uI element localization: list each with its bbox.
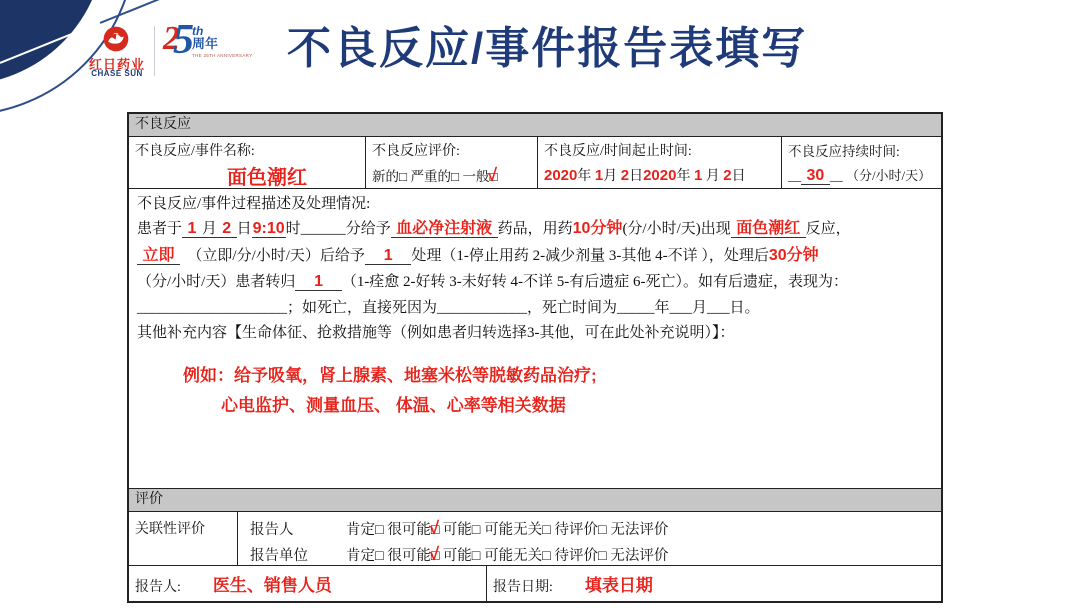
supplementary-info-label: 其他补充内容【生命体征、抢救措施等（例如患者归转选择3-其他，可在此处补充说明）… [137, 321, 933, 347]
process-description-label: 不良反应/事件过程描述及处理情况: [137, 192, 933, 216]
chase-sun-logo-icon [103, 26, 129, 52]
report-date-label: 报告日期: [493, 580, 553, 595]
form-bottom-row: 报告人: 医生、销售人员 报告日期: 填表日期 [129, 566, 941, 601]
page-title: 不良反应/事件报告表填写 [287, 12, 807, 76]
relevance-evaluation-label: 关联性评价 [129, 512, 238, 565]
section-header-adverse-reaction: 不良反应 [129, 114, 941, 137]
reporter-field: 报告人: 医生、销售人员 [129, 566, 487, 601]
example-note-line1: 例如：给予吸氧，肾上腺素、地塞米松等脱敏药品治疗; [137, 361, 933, 391]
logo-divider [154, 26, 155, 76]
field-duration: 不良反应持续时间: __ 30 __ （分/小时/天） [782, 137, 941, 188]
description-line-2: 立即 （立即/分/小时/天）后给予 1 处理（1-停止用药 2-减少剂量 3-其… [137, 243, 933, 270]
reporter-assessment-row: 报告人肯定□ 很可能□√ 可能□ 可能无关□ 待评价□ 无法评价 [250, 516, 941, 542]
description-line-3: （分/小时/天）患者转归 1 （1-痊愈 2-好转 3-未好转 4-不详 5-有… [137, 269, 933, 296]
field-start-end-dates: 不良反应/时间起止时间: 2020年 1月 2日2020年 1 月 2日 [538, 137, 782, 188]
process-description-cell: 不良反应/事件过程描述及处理情况: 患者于 1 月 2 日9:10时______… [129, 189, 941, 489]
description-line-4: ____________________；如死亡，直接死因为__________… [137, 296, 933, 322]
dates-label: 不良反应/时间起止时间: [544, 140, 775, 160]
duration-value: __ 30 __ （分/小时/天） [788, 165, 935, 185]
description-line-1: 患者于 1 月 2 日9:10时______分给予 血必净注射液 药品，用药10… [137, 216, 933, 243]
anniversary-year-label: 周年 [192, 37, 252, 51]
section-header-evaluation: 评价 [129, 489, 941, 512]
reporter-label: 报告人: [135, 580, 181, 595]
anniversary-subtext: THE 25TH ANNIVERSARY [192, 53, 252, 58]
reaction-evaluation-checkboxes: 新的□ 严重的□ 一般□√ [372, 165, 531, 186]
field-event-name: 不良反应/事件名称: 面色潮红 [129, 137, 366, 188]
report-date-field: 报告日期: 填表日期 [487, 566, 941, 601]
reporter-value: 医生、销售人员 [213, 576, 332, 595]
unit-assessment-row: 报告单位肯定□ 很可能□√ 可能□ 可能无关□ 待评价□ 无法评价 [250, 542, 941, 568]
company-name-en: CHASE SUN [86, 69, 148, 78]
relevance-evaluation-row: 关联性评价 报告人肯定□ 很可能□√ 可能□ 可能无关□ 待评价□ 无法评价 报… [129, 512, 941, 566]
example-note: 例如：给予吸氧，肾上腺素、地塞米松等脱敏药品治疗; 心电监护、测量血压、 体温、… [137, 361, 933, 421]
example-note-line2: 心电监护、测量血压、 体温、心率等相关数据 [137, 391, 933, 421]
form-top-row: 不良反应/事件名称: 面色潮红 不良反应评价: 新的□ 严重的□ 一般□√ 不良… [129, 137, 941, 189]
adverse-reaction-form: 不良反应 不良反应/事件名称: 面色潮红 不良反应评价: 新的□ 严重的□ 一般… [127, 112, 943, 603]
anniversary-digit-5: 5 [173, 22, 194, 60]
report-date-value: 填表日期 [585, 576, 653, 595]
relevance-evaluation-options: 报告人肯定□ 很可能□√ 可能□ 可能无关□ 待评价□ 无法评价 报告单位肯定□… [238, 512, 941, 565]
slide: 红日药业 CHASE SUN 2 5 th 周年 THE 25TH ANNIVE… [0, 0, 1080, 608]
event-name-label: 不良反应/事件名称: [135, 140, 359, 160]
reaction-evaluation-label: 不良反应评价: [372, 140, 531, 160]
duration-label: 不良反应持续时间: [788, 140, 935, 160]
dates-value: 2020年 1月 2日2020年 1 月 2日 [544, 165, 775, 185]
event-name-value: 面色潮红 [227, 161, 359, 188]
anniversary-logo: 2 5 th 周年 THE 25TH ANNIVERSARY [163, 22, 252, 60]
field-reaction-evaluation: 不良反应评价: 新的□ 严重的□ 一般□√ [366, 137, 538, 188]
